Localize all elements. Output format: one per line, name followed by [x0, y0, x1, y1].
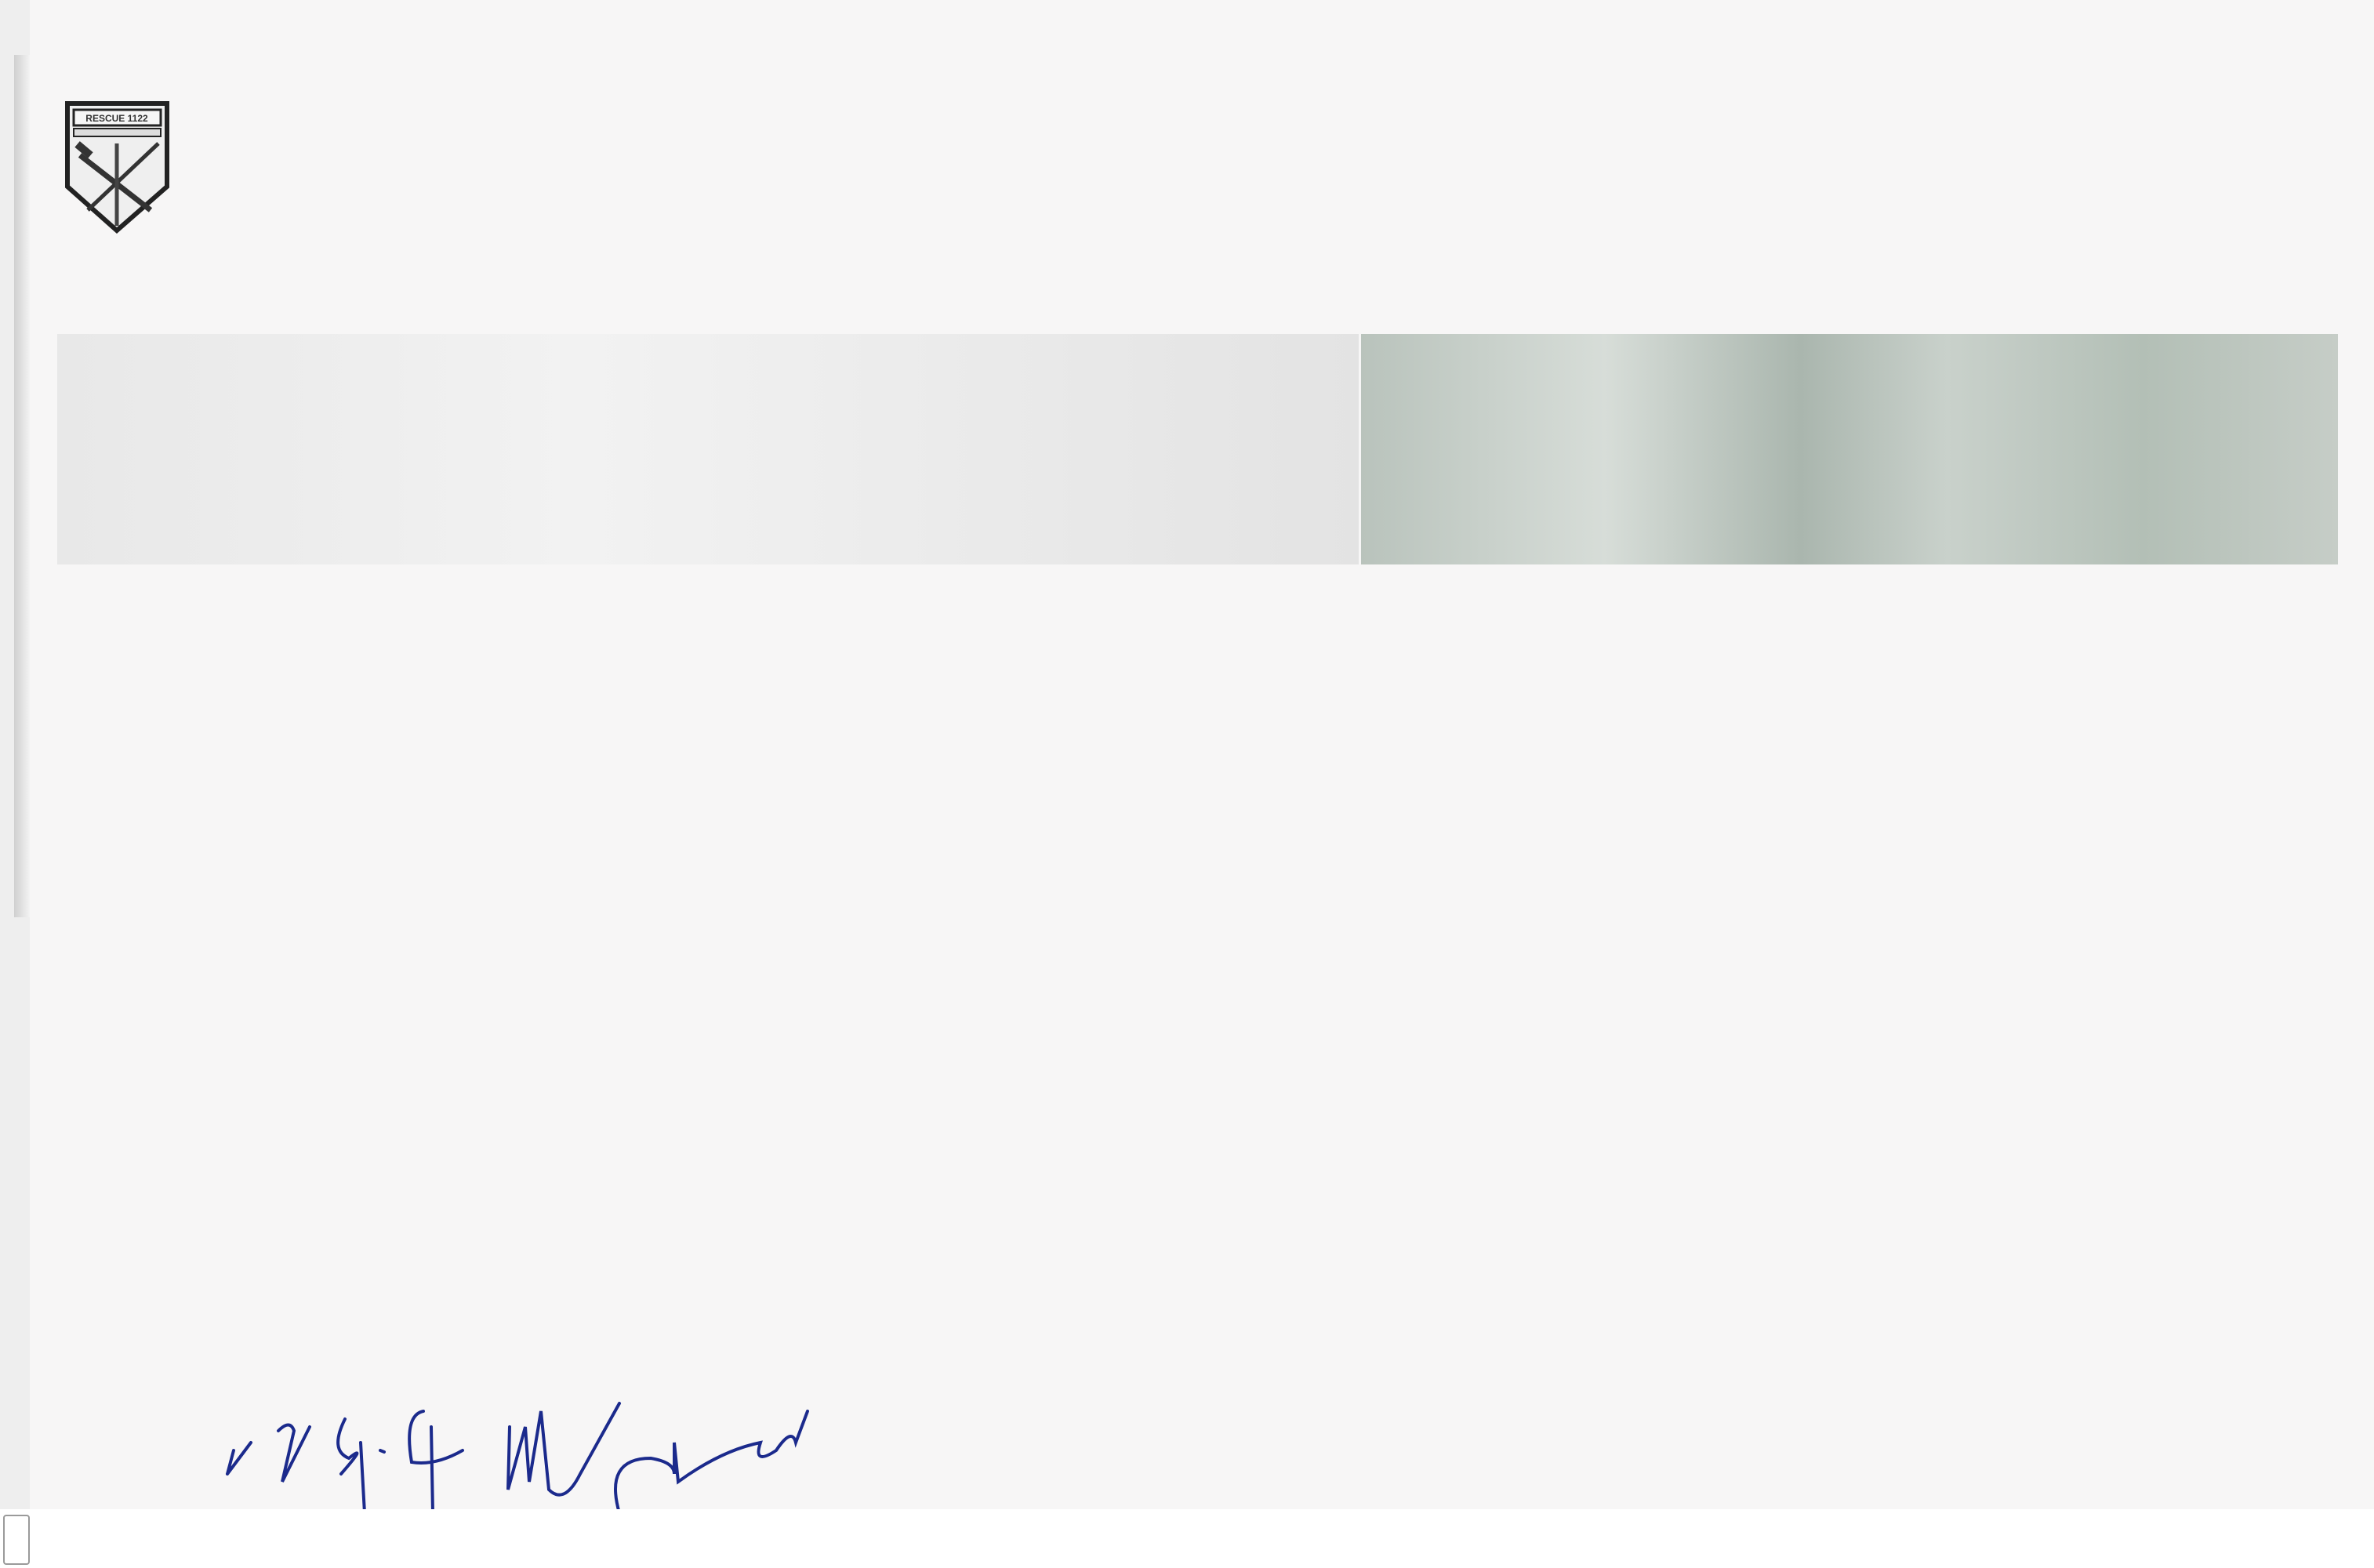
page-title-line-2 — [227, 163, 1356, 202]
committee-section-heading — [1361, 274, 2338, 331]
required-qualification-label — [1361, 172, 1664, 223]
scanned-page — [30, 0, 2374, 1509]
svg-text:RESCUE 1122: RESCUE 1122 — [85, 113, 148, 124]
camscanner-icon — [3, 1515, 30, 1565]
allocated-posts-label — [1361, 56, 1664, 88]
footer-bar — [0, 1509, 2374, 1568]
required-age-value — [1672, 224, 1828, 273]
etea-header-background — [57, 334, 1359, 564]
rescue-1122-shield-logo-icon: RESCUE 1122 — [64, 100, 170, 234]
page-title-line-1 — [227, 125, 1356, 165]
handwritten-signatures-icon — [212, 1396, 1153, 1513]
committee-header-background — [1361, 334, 2338, 564]
required-qualification-value — [1666, 172, 2325, 223]
allocated-posts-value — [1678, 56, 2305, 143]
paper-edge-shadow — [14, 55, 30, 917]
etea-section-heading — [56, 274, 1359, 331]
required-age-label — [1361, 224, 1664, 273]
